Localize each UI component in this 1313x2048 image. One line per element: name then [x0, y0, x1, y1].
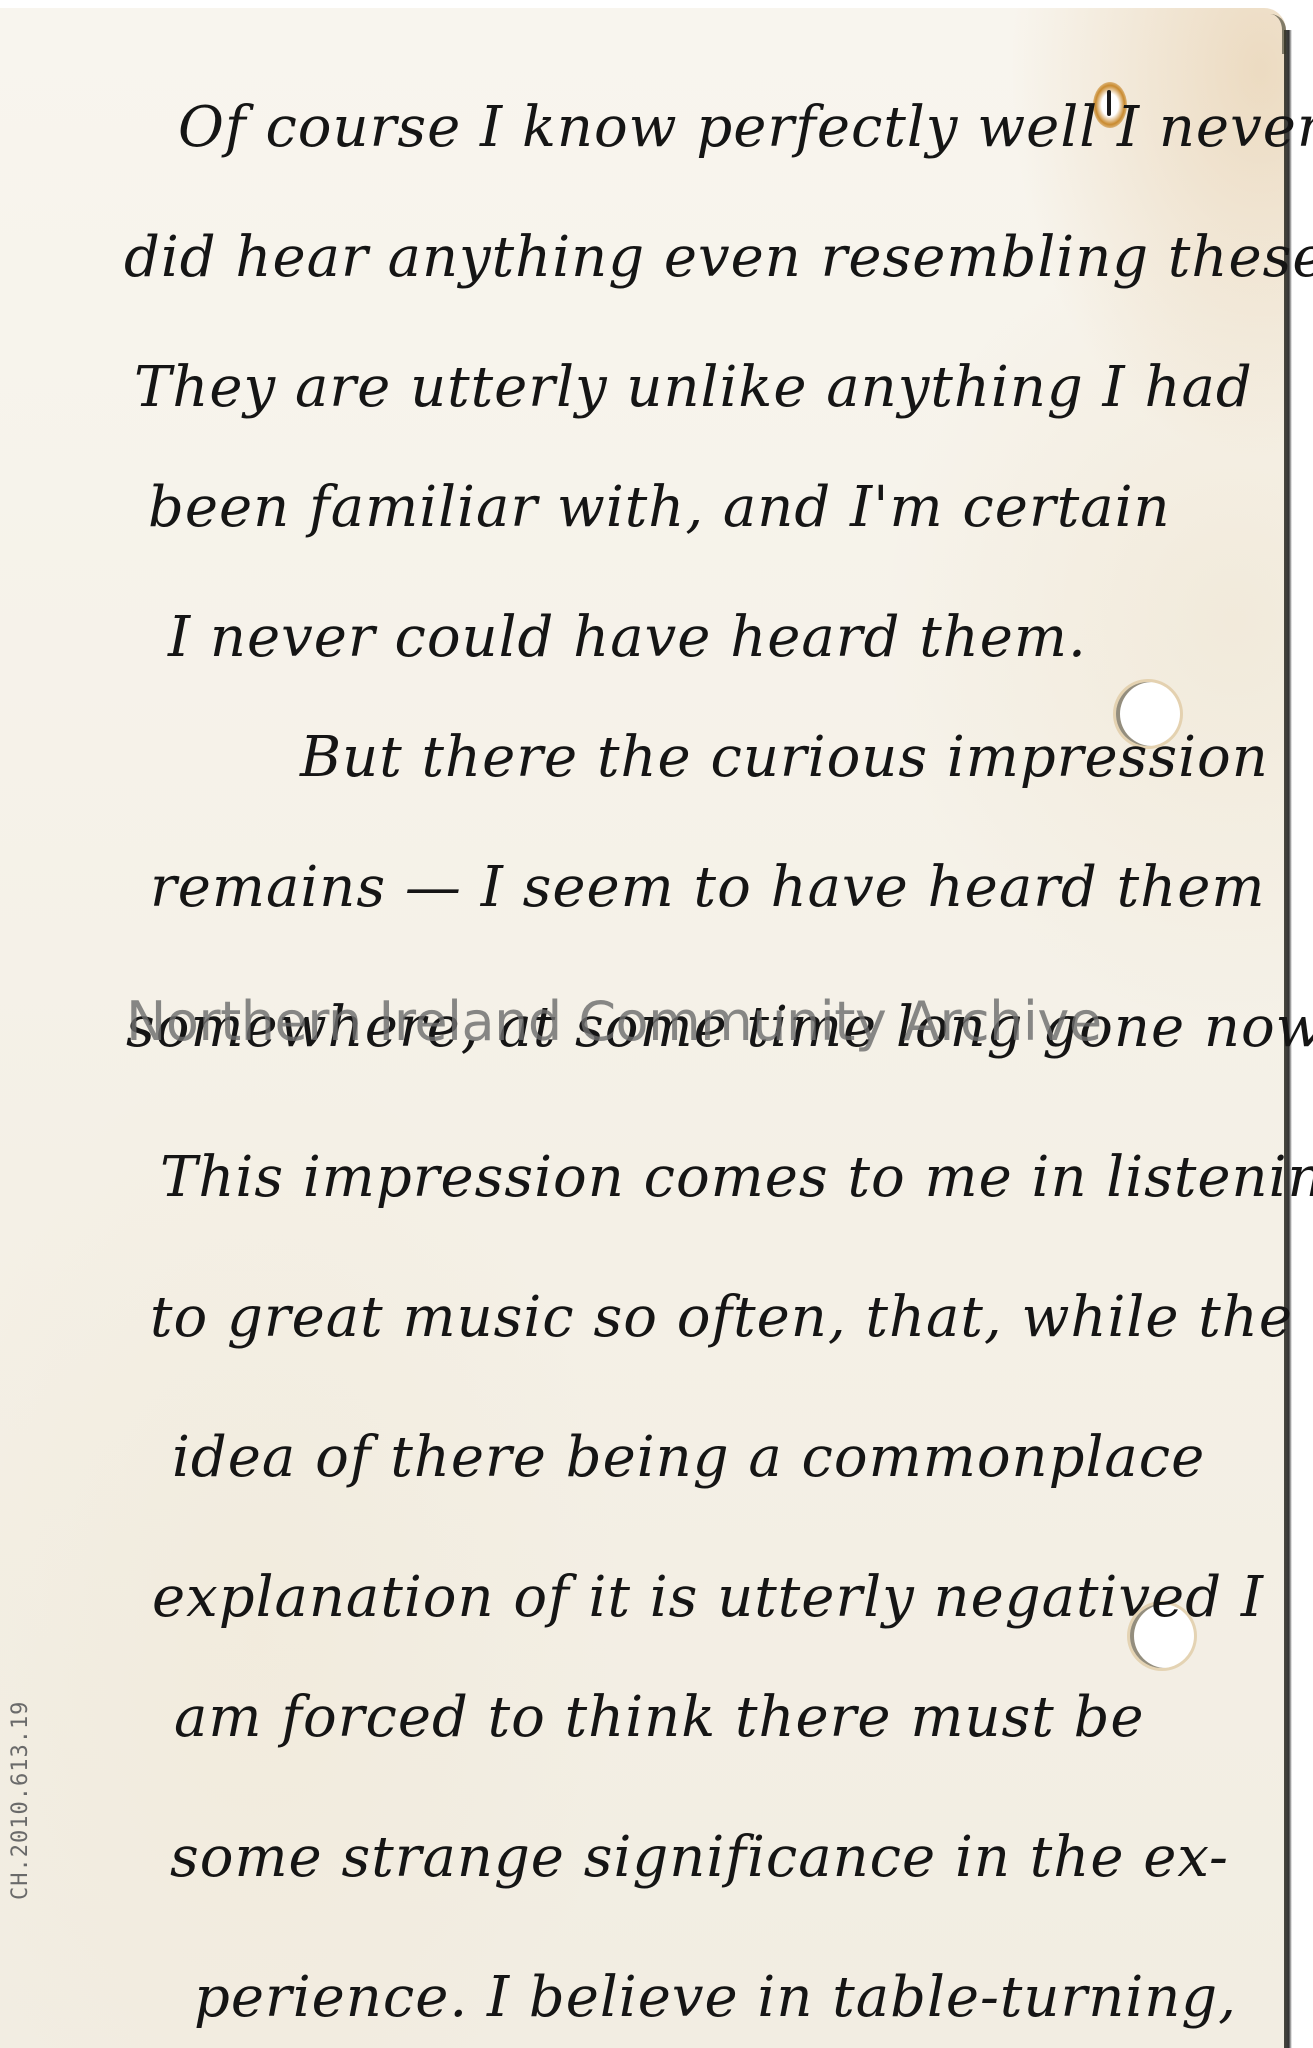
letter-line-5: I never could have heard them.	[168, 610, 1087, 666]
letter-line-3: They are utterly unlike anything I had	[134, 360, 1253, 416]
letter-line-2: did hear anything even resembling these.	[124, 230, 1313, 286]
letter-line-14: some strange significance in the ex-	[170, 1830, 1229, 1886]
letter-line-1: Of course I know perfectly well I never	[178, 100, 1313, 156]
letter-line-7: remains — I seem to have heard them	[150, 860, 1265, 916]
letter-line-8: somewhere, at some time long gone now.	[126, 1000, 1313, 1056]
catalogue-number-annotation: CH.2010.613.19	[8, 1701, 33, 1900]
letter-line-11: idea of there being a commonplace	[172, 1430, 1205, 1486]
letter-line-13: am forced to think there must be	[174, 1690, 1145, 1746]
letter-line-10: to great music so often, that, while the	[150, 1290, 1293, 1346]
handwritten-letter: Of course I know perfectly well I never …	[0, 0, 1286, 2048]
letter-line-6: But there the curious impression	[300, 730, 1269, 786]
letter-line-12: explanation of it is utterly negatived I	[152, 1570, 1264, 1626]
letter-line-4: been familiar with, and I'm certain	[148, 480, 1171, 536]
letter-line-15: perience. I believe in table-turning,	[194, 1970, 1237, 2026]
letter-line-9: This impression comes to me in listening	[160, 1150, 1313, 1206]
